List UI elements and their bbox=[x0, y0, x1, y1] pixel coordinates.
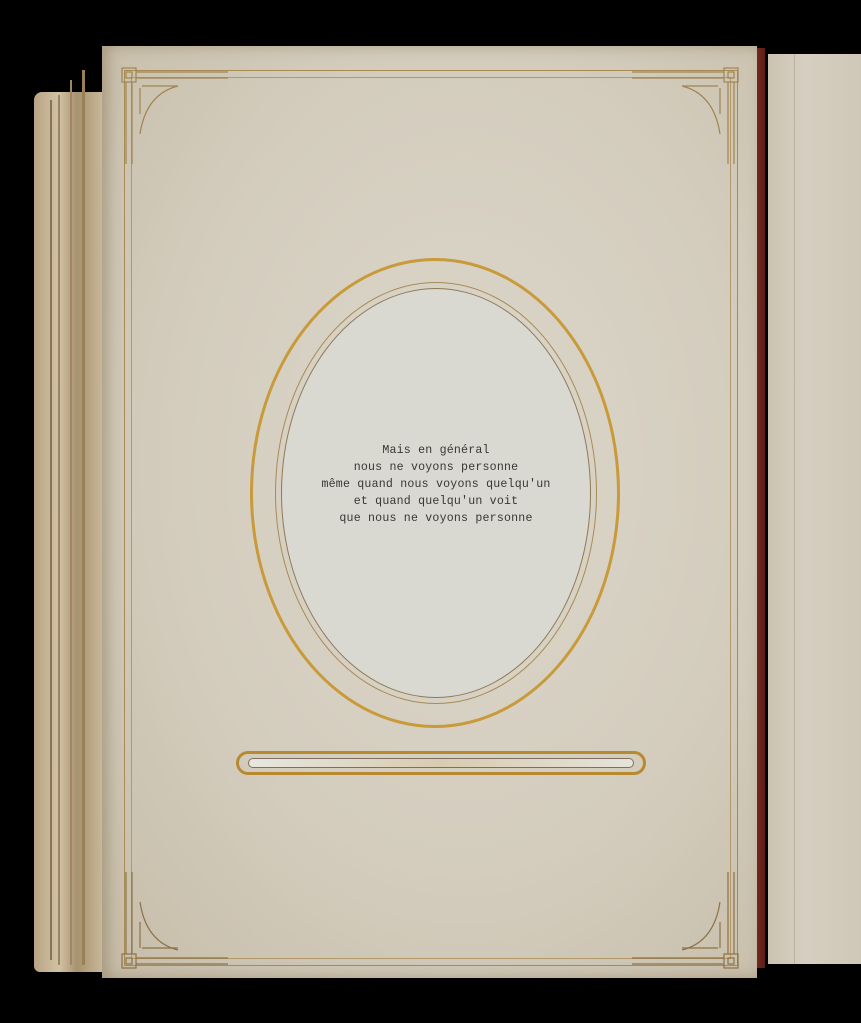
page-stack-line bbox=[50, 100, 52, 960]
greek-key-corner-icon bbox=[118, 872, 228, 972]
caption-slot-opening bbox=[248, 758, 634, 768]
greek-key-corner-icon bbox=[632, 64, 742, 164]
poem-line: et quand quelqu'un voit bbox=[283, 493, 589, 510]
poem-line: que nous ne voyons personne bbox=[283, 510, 589, 527]
page-stack-line bbox=[70, 80, 72, 965]
greek-key-corner-icon bbox=[632, 872, 742, 972]
typewritten-poem: Mais en général nous ne voyons personne … bbox=[283, 442, 589, 527]
page-stack-line bbox=[58, 95, 60, 965]
facing-page bbox=[768, 54, 861, 964]
poem-line: même quand nous voyons quelqu'un bbox=[283, 476, 589, 493]
poem-line: Mais en général bbox=[283, 442, 589, 459]
greek-key-corner-icon bbox=[118, 64, 228, 164]
page-stack-line bbox=[82, 70, 85, 965]
poem-line: nous ne voyons personne bbox=[283, 459, 589, 476]
